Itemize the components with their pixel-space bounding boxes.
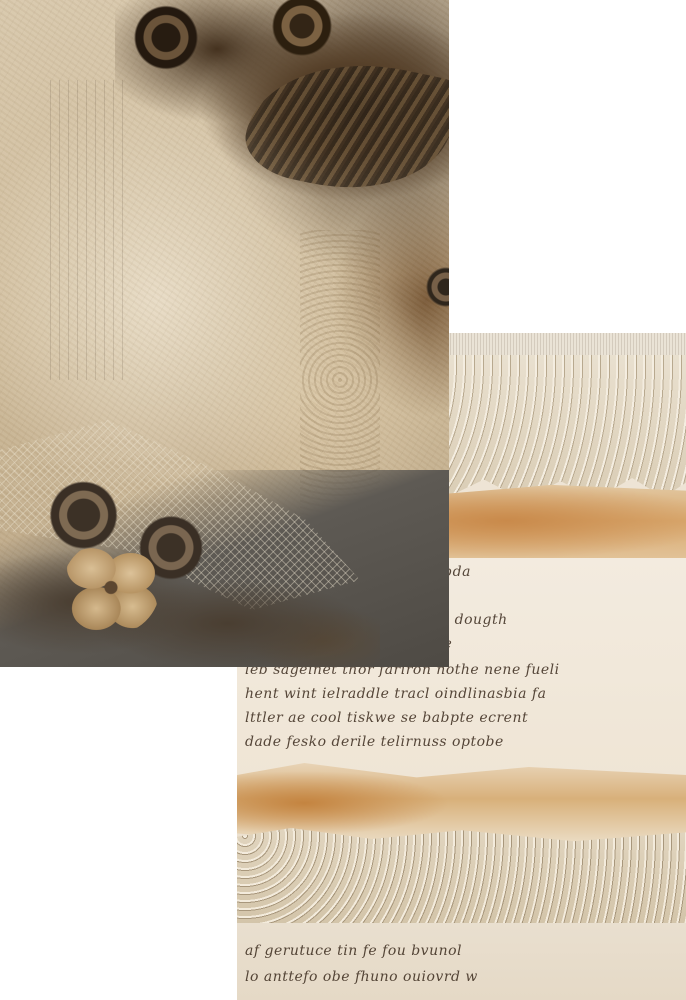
script-line: feror peadeste bow fostare dougth [449, 612, 686, 626]
sculpted-flower [62, 540, 160, 635]
script-line: af gerutuce tin fe fou bvunol [245, 943, 686, 957]
script-line: lo anttefo obe fhuno ouiovrd w [245, 969, 686, 983]
lace-letters-photo-upper: lecuto alr aiive dettspede bda oaeria ad… [449, 333, 686, 667]
handwritten-letter: lecuto alr aiive dettspede bda oaeria ad… [449, 558, 686, 667]
script-line: oaeria adgy ai dotral biopo [449, 588, 686, 602]
carved-scroll-ornament-right [418, 262, 449, 312]
script-line: lecuto alr aiive dettspede bda [449, 564, 686, 578]
lace-strip-lower [237, 828, 686, 938]
lace-letters-photo-lower: leb sageinet thor fariron nothe nene fue… [237, 667, 686, 1000]
script-line: leb sageinet thor fariron nothe nene fue… [245, 667, 686, 676]
script-line: lttler ae cool tiskwe se babpte ecrent [245, 710, 686, 724]
script-line: hent wint ielraddle tracl oindlinasbia f… [245, 686, 686, 700]
script-line: dade fesko derile telirnuss optobe [245, 734, 686, 748]
handwritten-paper-bottom: af gerutuce tin fe fou bvunol lo anttefo… [237, 923, 686, 1000]
ornamental-parchment-photo [0, 0, 449, 667]
carved-flourish-cluster [0, 450, 380, 667]
script-line: rowie ioe bsellendtelyie fre [449, 636, 686, 650]
